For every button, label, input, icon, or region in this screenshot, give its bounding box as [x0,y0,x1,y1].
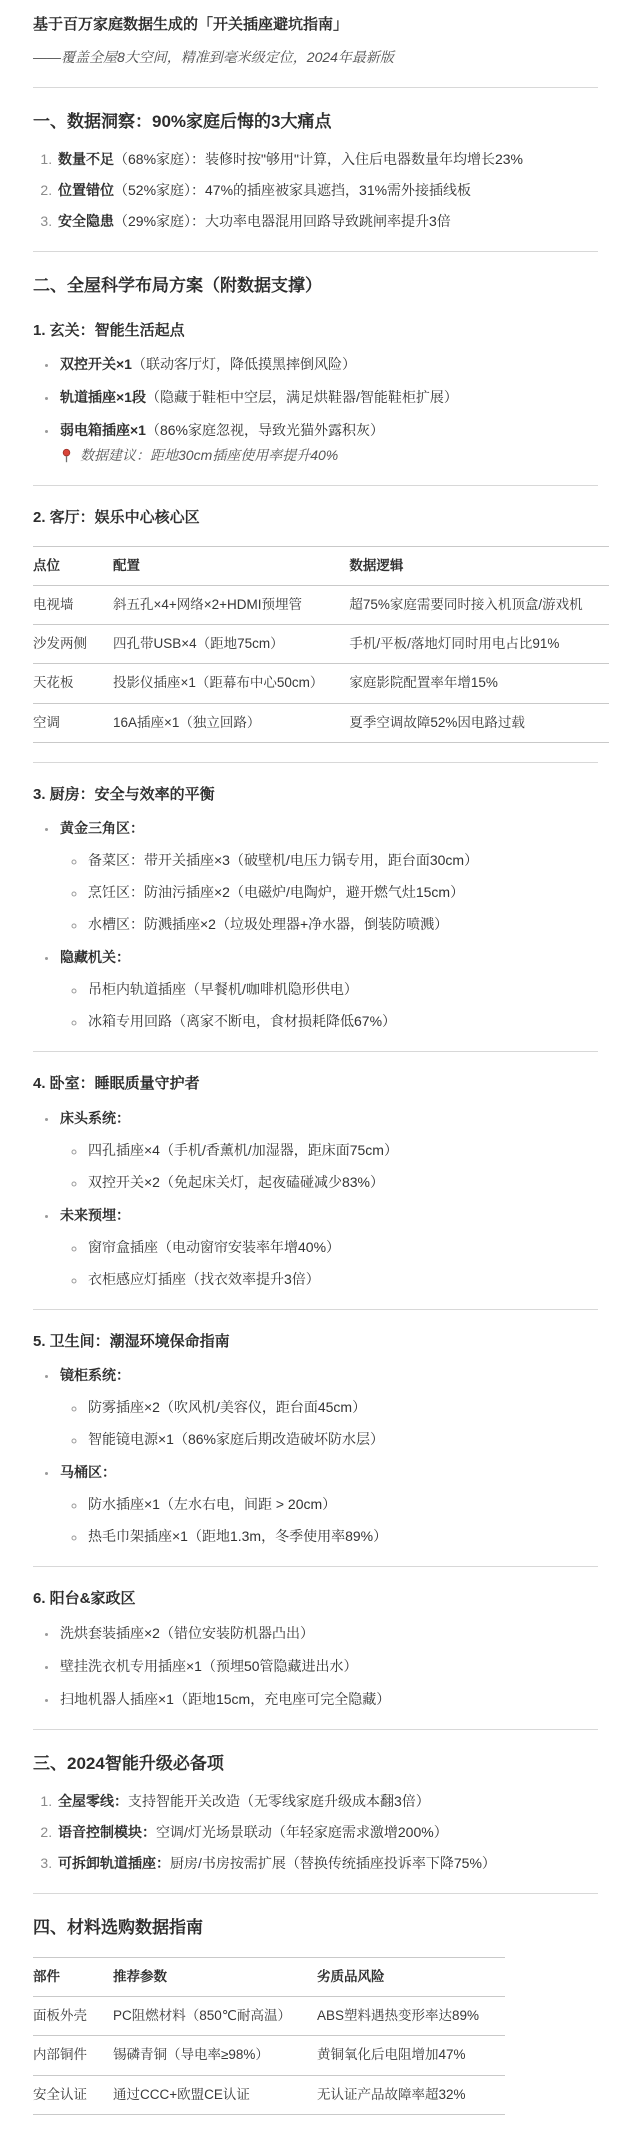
upgrade-item: 语音控制模块：空调/灯光场景联动（年轻家庭需求激增200%） [56,1822,598,1843]
col-header: 配置 [113,546,349,585]
bullet-desc: （86%家庭忽视，导致光猫外露积灰） [146,422,384,438]
doc-title: 基于百万家庭数据生成的「开关插座避坑指南」 [33,14,598,37]
kitchen-list: 黄金三角区： 备菜区：带开关插座×3（破壁机/电压力锅专用，距台面30cm） 烹… [33,818,598,1032]
cell-location: 空调 [33,703,113,742]
upgrade-item: 可拆卸轨道插座：厨房/书房按需扩展（替换传统插座投诉率下降75%） [56,1853,598,1874]
divider [33,485,598,486]
pain-point-name: 数量不足 [58,151,114,167]
bullet-name: 双控开关×1 [60,356,132,372]
bathroom-item: 防雾插座×2（吹风机/美容仪，距台面45cm） [86,1397,598,1418]
bedroom-group: 床头系统： 四孔插座×4（手机/香薰机/加湿器，距床面75cm） 双控开关×2（… [58,1108,598,1193]
table-row: 面板外壳 PC阻燃材料（850℃耐高温） ABS塑料遇热变形率达89% [33,1997,505,2036]
bedroom-group: 未来预埋： 窗帘盒插座（电动窗帘安装率年增40%） 衣柜感应灯插座（找衣效率提升… [58,1205,598,1290]
upgrade-name: 全屋零线： [58,1793,128,1809]
cell-part: 内部铜件 [33,2036,113,2075]
pain-point-name: 安全隐患 [58,213,114,229]
pain-point-item: 安全隐患（29%家庭）：大功率电器混用回路导致跳闸率提升3倍 [56,211,598,232]
cell-config: 16A插座×1（独立回路） [113,703,349,742]
cell-location: 天花板 [33,664,113,703]
divider [33,1309,598,1310]
bedroom-item: 衣柜感应灯插座（找衣效率提升3倍） [86,1269,598,1290]
table-header-row: 部件 推荐参数 劣质品风险 [33,1957,505,1996]
bathroom-sublist: 防水插座×1（左水右电，间距 > 20cm） 热毛巾架插座×1（距地1.3m，冬… [60,1494,598,1547]
divider [33,1729,598,1730]
section-1-heading: 一、数据洞察：90%家庭后悔的3大痛点 [33,109,598,135]
col-header: 数据逻辑 [349,546,608,585]
pain-point-desc: （29%家庭）：大功率电器混用回路导致跳闸率提升3倍 [114,213,451,229]
pushpin-icon [60,448,73,463]
section-2-heading: 二、全屋科学布局方案（附数据支撑） [33,273,598,299]
upgrade-name: 语音控制模块： [58,1824,156,1840]
group-title: 镜柜系统： [60,1367,130,1383]
table-row: 内部铜件 锡磷青铜（导电率≥98%） 黄铜氧化后电阻增加47% [33,2036,505,2075]
group-title: 未来预埋： [60,1207,130,1223]
bathroom-group: 镜柜系统： 防雾插座×2（吹风机/美容仪，距台面45cm） 智能镜电源×1（86… [58,1365,598,1450]
cell-risk: 无认证产品故障率超32% [317,2075,505,2114]
kitchen-item: 水槽区：防溅插座×2（垃圾处理器+净水器，倒装防喷溅） [86,914,598,935]
table-row: 沙发两侧 四孔带USB×4（距地75cm） 手机/平板/落地灯同时用电占比91% [33,625,609,664]
table-row: 安全认证 通过CCC+欧盟CE认证 无认证产品故障率超32% [33,2075,505,2114]
cell-logic: 超75%家庭需要同时接入机顶盒/游戏机 [349,585,608,624]
materials-table: 部件 推荐参数 劣质品风险 面板外壳 PC阻燃材料（850℃耐高温） ABS塑料… [33,1957,505,2115]
hallway-bullet: 双控开关×1（联动客厅灯，降低摸黑摔倒风险） [58,354,598,375]
kitchen-item: 冰箱专用回路（离家不断电，食材损耗降低67%） [86,1011,598,1032]
kitchen-sublist: 备菜区：带开关插座×3（破壁机/电压力锅专用，距台面30cm） 烹饪区：防油污插… [60,850,598,935]
col-header: 点位 [33,546,113,585]
pain-point-list: 数量不足（68%家庭）：装修时按"够用"计算，入住后电器数量年均增长23% 位置… [33,149,598,232]
group-title: 隐藏机关： [60,949,130,965]
bedroom-item: 四孔插座×4（手机/香薰机/加湿器，距床面75cm） [86,1140,598,1161]
upgrade-desc: 厨房/书房按需扩展（替换传统插座投诉率下降75%） [170,1855,496,1871]
kitchen-group: 隐藏机关： 吊柜内轨道插座（早餐机/咖啡机隐形供电） 冰箱专用回路（离家不断电，… [58,947,598,1032]
cell-config: 四孔带USB×4（距地75cm） [113,625,349,664]
bathroom-item: 智能镜电源×1（86%家庭后期改造破坏防水层） [86,1429,598,1450]
callout-text: 数据建议：距地30cm插座使用率提升40% [80,445,338,466]
col-header: 推荐参数 [113,1957,317,1996]
pain-point-item: 位置错位（52%家庭）：47%的插座被家具遮挡，31%需外接插线板 [56,180,598,201]
divider [33,87,598,88]
upgrade-desc: 空调/灯光场景联动（年轻家庭需求激增200%） [156,1824,448,1840]
bathroom-item: 热毛巾架插座×1（距地1.3m，冬季使用率89%） [86,1526,598,1547]
divider [33,762,598,763]
bathroom-heading: 5. 卫生间：潮湿环境保命指南 [33,1331,598,1354]
kitchen-item: 备菜区：带开关插座×3（破壁机/电压力锅专用，距台面30cm） [86,850,598,871]
living-table: 点位 配置 数据逻辑 电视墙 斜五孔×4+网络×2+HDMI预埋管 超75%家庭… [33,546,609,743]
cell-logic: 夏季空调故障52%因电路过载 [349,703,608,742]
hallway-bullet: 轨道插座×1段（隐藏于鞋柜中空层，满足烘鞋器/智能鞋柜扩展） [58,387,598,408]
pain-point-name: 位置错位 [58,182,114,198]
table-row: 电视墙 斜五孔×4+网络×2+HDMI预埋管 超75%家庭需要同时接入机顶盒/游… [33,585,609,624]
bathroom-list: 镜柜系统： 防雾插座×2（吹风机/美容仪，距台面45cm） 智能镜电源×1（86… [33,1365,598,1547]
kitchen-item: 吊柜内轨道插座（早餐机/咖啡机隐形供电） [86,979,598,1000]
bathroom-group: 马桶区： 防水插座×1（左水右电，间距 > 20cm） 热毛巾架插座×1（距地1… [58,1462,598,1547]
cell-risk: 黄铜氧化后电阻增加47% [317,2036,505,2075]
bedroom-heading: 4. 卧室：睡眠质量守护者 [33,1073,598,1096]
cell-config: 投影仪插座×1（距幕布中心50cm） [113,664,349,703]
bullet-desc: （联动客厅灯，降低摸黑摔倒风险） [132,356,356,372]
table-header-row: 点位 配置 数据逻辑 [33,546,609,585]
kitchen-heading: 3. 厨房：安全与效率的平衡 [33,784,598,807]
hallway-heading: 1. 玄关：智能生活起点 [33,320,598,343]
pain-point-desc: （52%家庭）：47%的插座被家具遮挡，31%需外接插线板 [114,182,471,198]
bedroom-item: 双控开关×2（免起床关灯，起夜磕碰减少83%） [86,1172,598,1193]
upgrade-item: 全屋零线：支持智能开关改造（无零线家庭升级成本翻3倍） [56,1791,598,1812]
cell-location: 电视墙 [33,585,113,624]
bullet-name: 轨道插座×1段 [60,389,146,405]
balcony-item: 壁挂洗衣机专用插座×1（预埋50管隐藏进出水） [58,1656,598,1677]
col-header: 部件 [33,1957,113,1996]
cell-param: 锡磷青铜（导电率≥98%） [113,2036,317,2075]
living-heading: 2. 客厅：娱乐中心核心区 [33,507,598,530]
kitchen-sublist: 吊柜内轨道插座（早餐机/咖啡机隐形供电） 冰箱专用回路（离家不断电，食材损耗降低… [60,979,598,1032]
bathroom-sublist: 防雾插座×2（吹风机/美容仪，距台面45cm） 智能镜电源×1（86%家庭后期改… [60,1397,598,1450]
bathroom-item: 防水插座×1（左水右电，间距 > 20cm） [86,1494,598,1515]
bedroom-item: 窗帘盒插座（电动窗帘安装率年增40%） [86,1237,598,1258]
balcony-list: 洗烘套装插座×2（错位安装防机器凸出） 壁挂洗衣机专用插座×1（预埋50管隐藏进… [33,1623,598,1710]
section-4-heading: 四、材料选购数据指南 [33,1915,598,1941]
table-row: 空调 16A插座×1（独立回路） 夏季空调故障52%因电路过载 [33,703,609,742]
upgrade-list: 全屋零线：支持智能开关改造（无零线家庭升级成本翻3倍） 语音控制模块：空调/灯光… [33,1791,598,1874]
group-title: 马桶区： [60,1464,116,1480]
upgrade-desc: 支持智能开关改造（无零线家庭升级成本翻3倍） [128,1793,430,1809]
doc-subtitle: ——覆盖全屋8大空间，精准到毫米级定位，2024年最新版 [33,47,598,68]
hallway-list: 双控开关×1（联动客厅灯，降低摸黑摔倒风险） 轨道插座×1段（隐藏于鞋柜中空层，… [33,354,598,466]
col-header: 劣质品风险 [317,1957,505,1996]
hallway-bullet: 弱电箱插座×1（86%家庭忽视，导致光猫外露积灰） 数据建议：距地30cm插座使… [58,420,598,466]
table-row: 天花板 投影仪插座×1（距幕布中心50cm） 家庭影院配置率年增15% [33,664,609,703]
pain-point-desc: （68%家庭）：装修时按"够用"计算，入住后电器数量年均增长23% [114,151,523,167]
cell-part: 面板外壳 [33,1997,113,2036]
cell-logic: 家庭影院配置率年增15% [349,664,608,703]
balcony-heading: 6. 阳台&家政区 [33,1588,598,1611]
section-3-heading: 三、2024智能升级必备项 [33,1751,598,1777]
cell-param: PC阻燃材料（850℃耐高温） [113,1997,317,2036]
cell-logic: 手机/平板/落地灯同时用电占比91% [349,625,608,664]
article: 基于百万家庭数据生成的「开关插座避坑指南」 ——覆盖全屋8大空间，精准到毫米级定… [0,0,631,2129]
pain-point-item: 数量不足（68%家庭）：装修时按"够用"计算，入住后电器数量年均增长23% [56,149,598,170]
upgrade-name: 可拆卸轨道插座： [58,1855,170,1871]
cell-param: 通过CCC+欧盟CE认证 [113,2075,317,2114]
bullet-name: 弱电箱插座×1 [60,422,146,438]
cell-risk: ABS塑料遇热变形率达89% [317,1997,505,2036]
hallway-callout: 数据建议：距地30cm插座使用率提升40% [60,445,598,466]
kitchen-group: 黄金三角区： 备菜区：带开关插座×3（破壁机/电压力锅专用，距台面30cm） 烹… [58,818,598,935]
cell-config: 斜五孔×4+网络×2+HDMI预埋管 [113,585,349,624]
cell-part: 安全认证 [33,2075,113,2114]
kitchen-item: 烹饪区：防油污插座×2（电磁炉/电陶炉，避开燃气灶15cm） [86,882,598,903]
bedroom-sublist: 窗帘盒插座（电动窗帘安装率年增40%） 衣柜感应灯插座（找衣效率提升3倍） [60,1237,598,1290]
balcony-item: 扫地机器人插座×1（距地15cm，充电座可完全隐藏） [58,1689,598,1710]
divider [33,1051,598,1052]
bedroom-sublist: 四孔插座×4（手机/香薰机/加湿器，距床面75cm） 双控开关×2（免起床关灯，… [60,1140,598,1193]
group-title: 床头系统： [60,1110,130,1126]
divider [33,1566,598,1567]
bullet-desc: （隐藏于鞋柜中空层，满足烘鞋器/智能鞋柜扩展） [146,389,458,405]
bedroom-list: 床头系统： 四孔插座×4（手机/香薰机/加湿器，距床面75cm） 双控开关×2（… [33,1108,598,1290]
balcony-item: 洗烘套装插座×2（错位安装防机器凸出） [58,1623,598,1644]
divider [33,251,598,252]
cell-location: 沙发两侧 [33,625,113,664]
group-title: 黄金三角区： [60,820,144,836]
divider [33,1893,598,1894]
